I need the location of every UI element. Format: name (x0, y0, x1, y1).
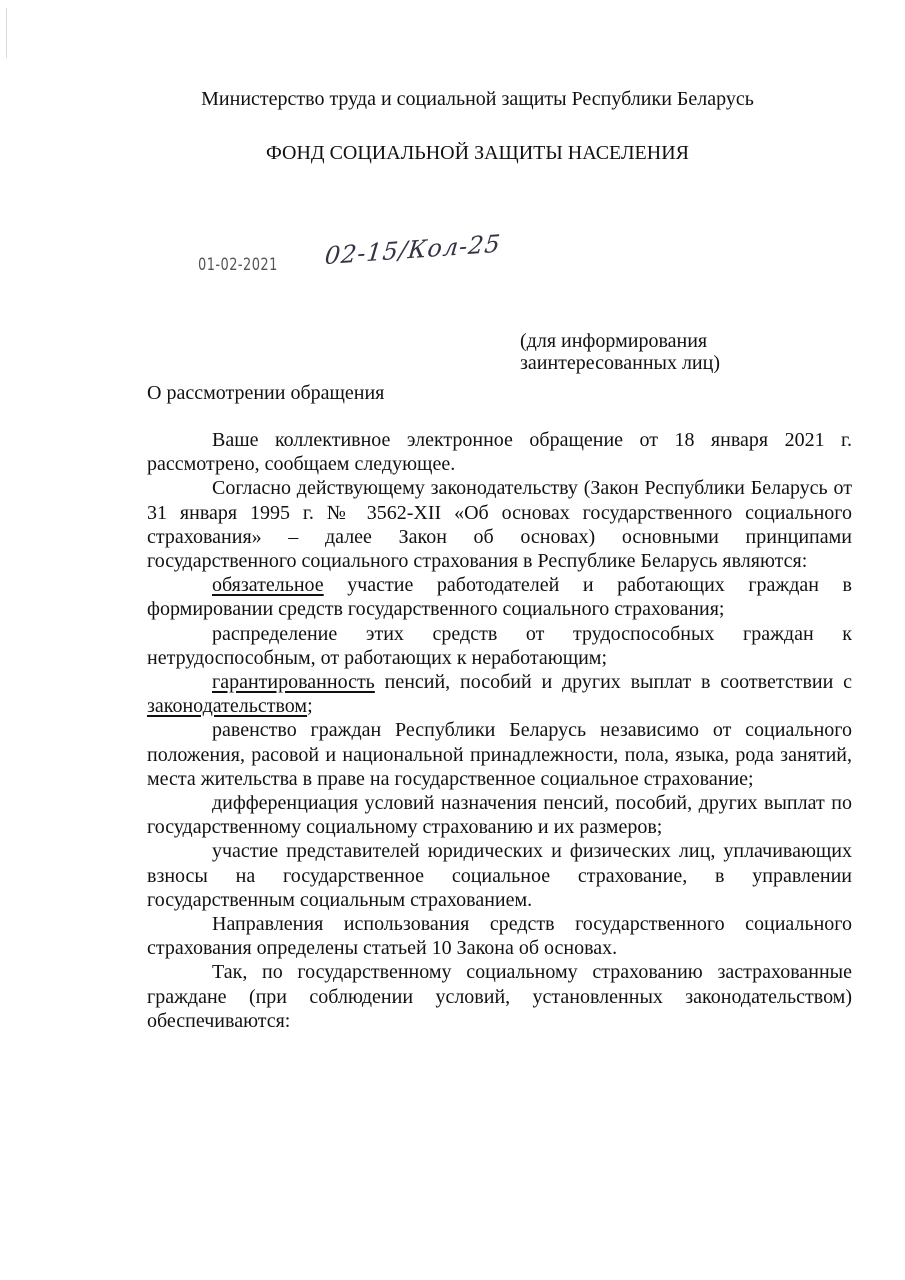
subject-line: О рассмотрении обращения (147, 382, 384, 405)
paragraph-principle-distribution: распределение этих средств от трудоспосо… (147, 622, 852, 670)
paragraph-principle-differentiation: дифференциация условий назначения пенсий… (147, 791, 852, 839)
paragraph-principle-equality: равенство граждан Республики Беларусь не… (147, 718, 852, 791)
underlined-term: обязательное (212, 574, 324, 596)
paragraph-text: ; (307, 695, 313, 717)
paragraph-text: пенсий, пособий и других выплат в соотве… (375, 671, 852, 693)
scan-page-edge (6, 8, 7, 58)
addressee-block: (для информирования заинтересованных лиц… (520, 330, 720, 374)
paragraph-principle-guarantee: гарантированность пенсий, пособий и друг… (147, 670, 852, 718)
paragraph-intro: Ваше коллективное электронное обращение … (147, 428, 852, 476)
registration-date-stamp: 01-02-2021 (198, 255, 278, 275)
addressee-line-2: заинтересованных лиц) (520, 352, 720, 374)
handwritten-registration-number: 02-15/Кол-25 (324, 230, 503, 271)
underlined-term: законодательством (147, 695, 307, 717)
underlined-term: гарантированность (212, 671, 375, 693)
paragraph-legislation: Согласно действующему законодательству (… (147, 476, 852, 573)
fund-header: ФОНД СОЦИАЛЬНОЙ ЗАЩИТЫ НАСЕЛЕНИЯ (0, 142, 905, 165)
paragraph-fund-usage: Направления использования средств госуда… (147, 912, 852, 960)
paragraph-principle-mandatory: обязательное участие работодателей и раб… (147, 573, 852, 621)
paragraph-insured-provisions: Так, по государственному социальному стр… (147, 960, 852, 1033)
addressee-line-1: (для информирования (520, 330, 720, 352)
ministry-header: Министерство труда и социальной защиты Р… (0, 88, 905, 111)
letter-body: Ваше коллективное электронное обращение … (147, 428, 852, 1033)
paragraph-principle-participation: участие представителей юридических и физ… (147, 839, 852, 912)
